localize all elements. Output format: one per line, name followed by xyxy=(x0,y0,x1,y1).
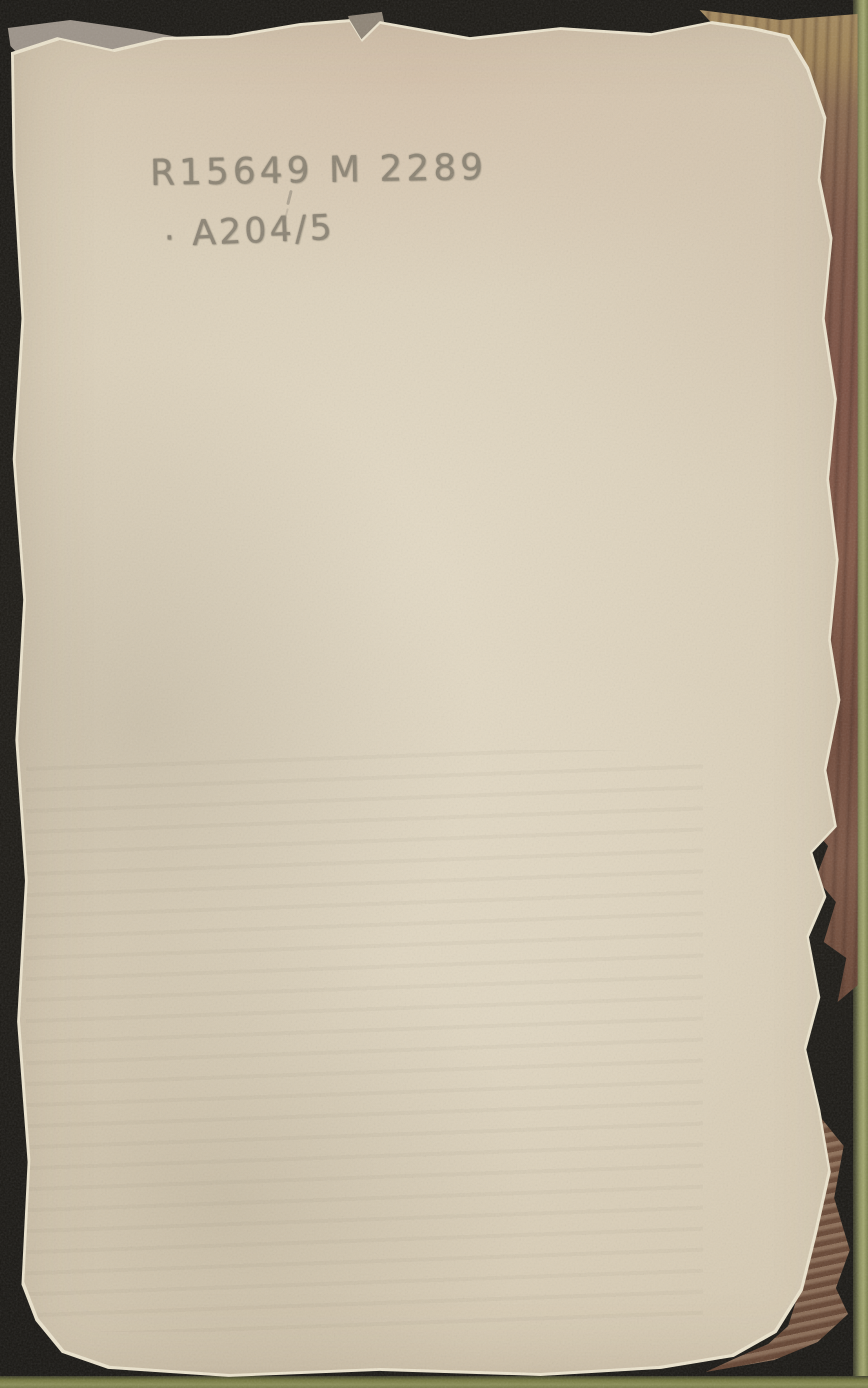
handwritten-reference-number: A204/5 xyxy=(191,208,335,254)
aged-paper-page: R15649 M 2289 · A204/5 xyxy=(0,0,868,1388)
pencil-tick-mark xyxy=(286,190,293,205)
scanned-document: R15649 M 2289 · A204/5 xyxy=(0,0,868,1388)
green-mat-edge-bottom xyxy=(0,1376,868,1388)
handwritten-catalog-number: R15649 M 2289 xyxy=(150,147,488,194)
pencil-dot: · xyxy=(164,218,175,258)
show-through-text-lines xyxy=(26,750,703,1333)
